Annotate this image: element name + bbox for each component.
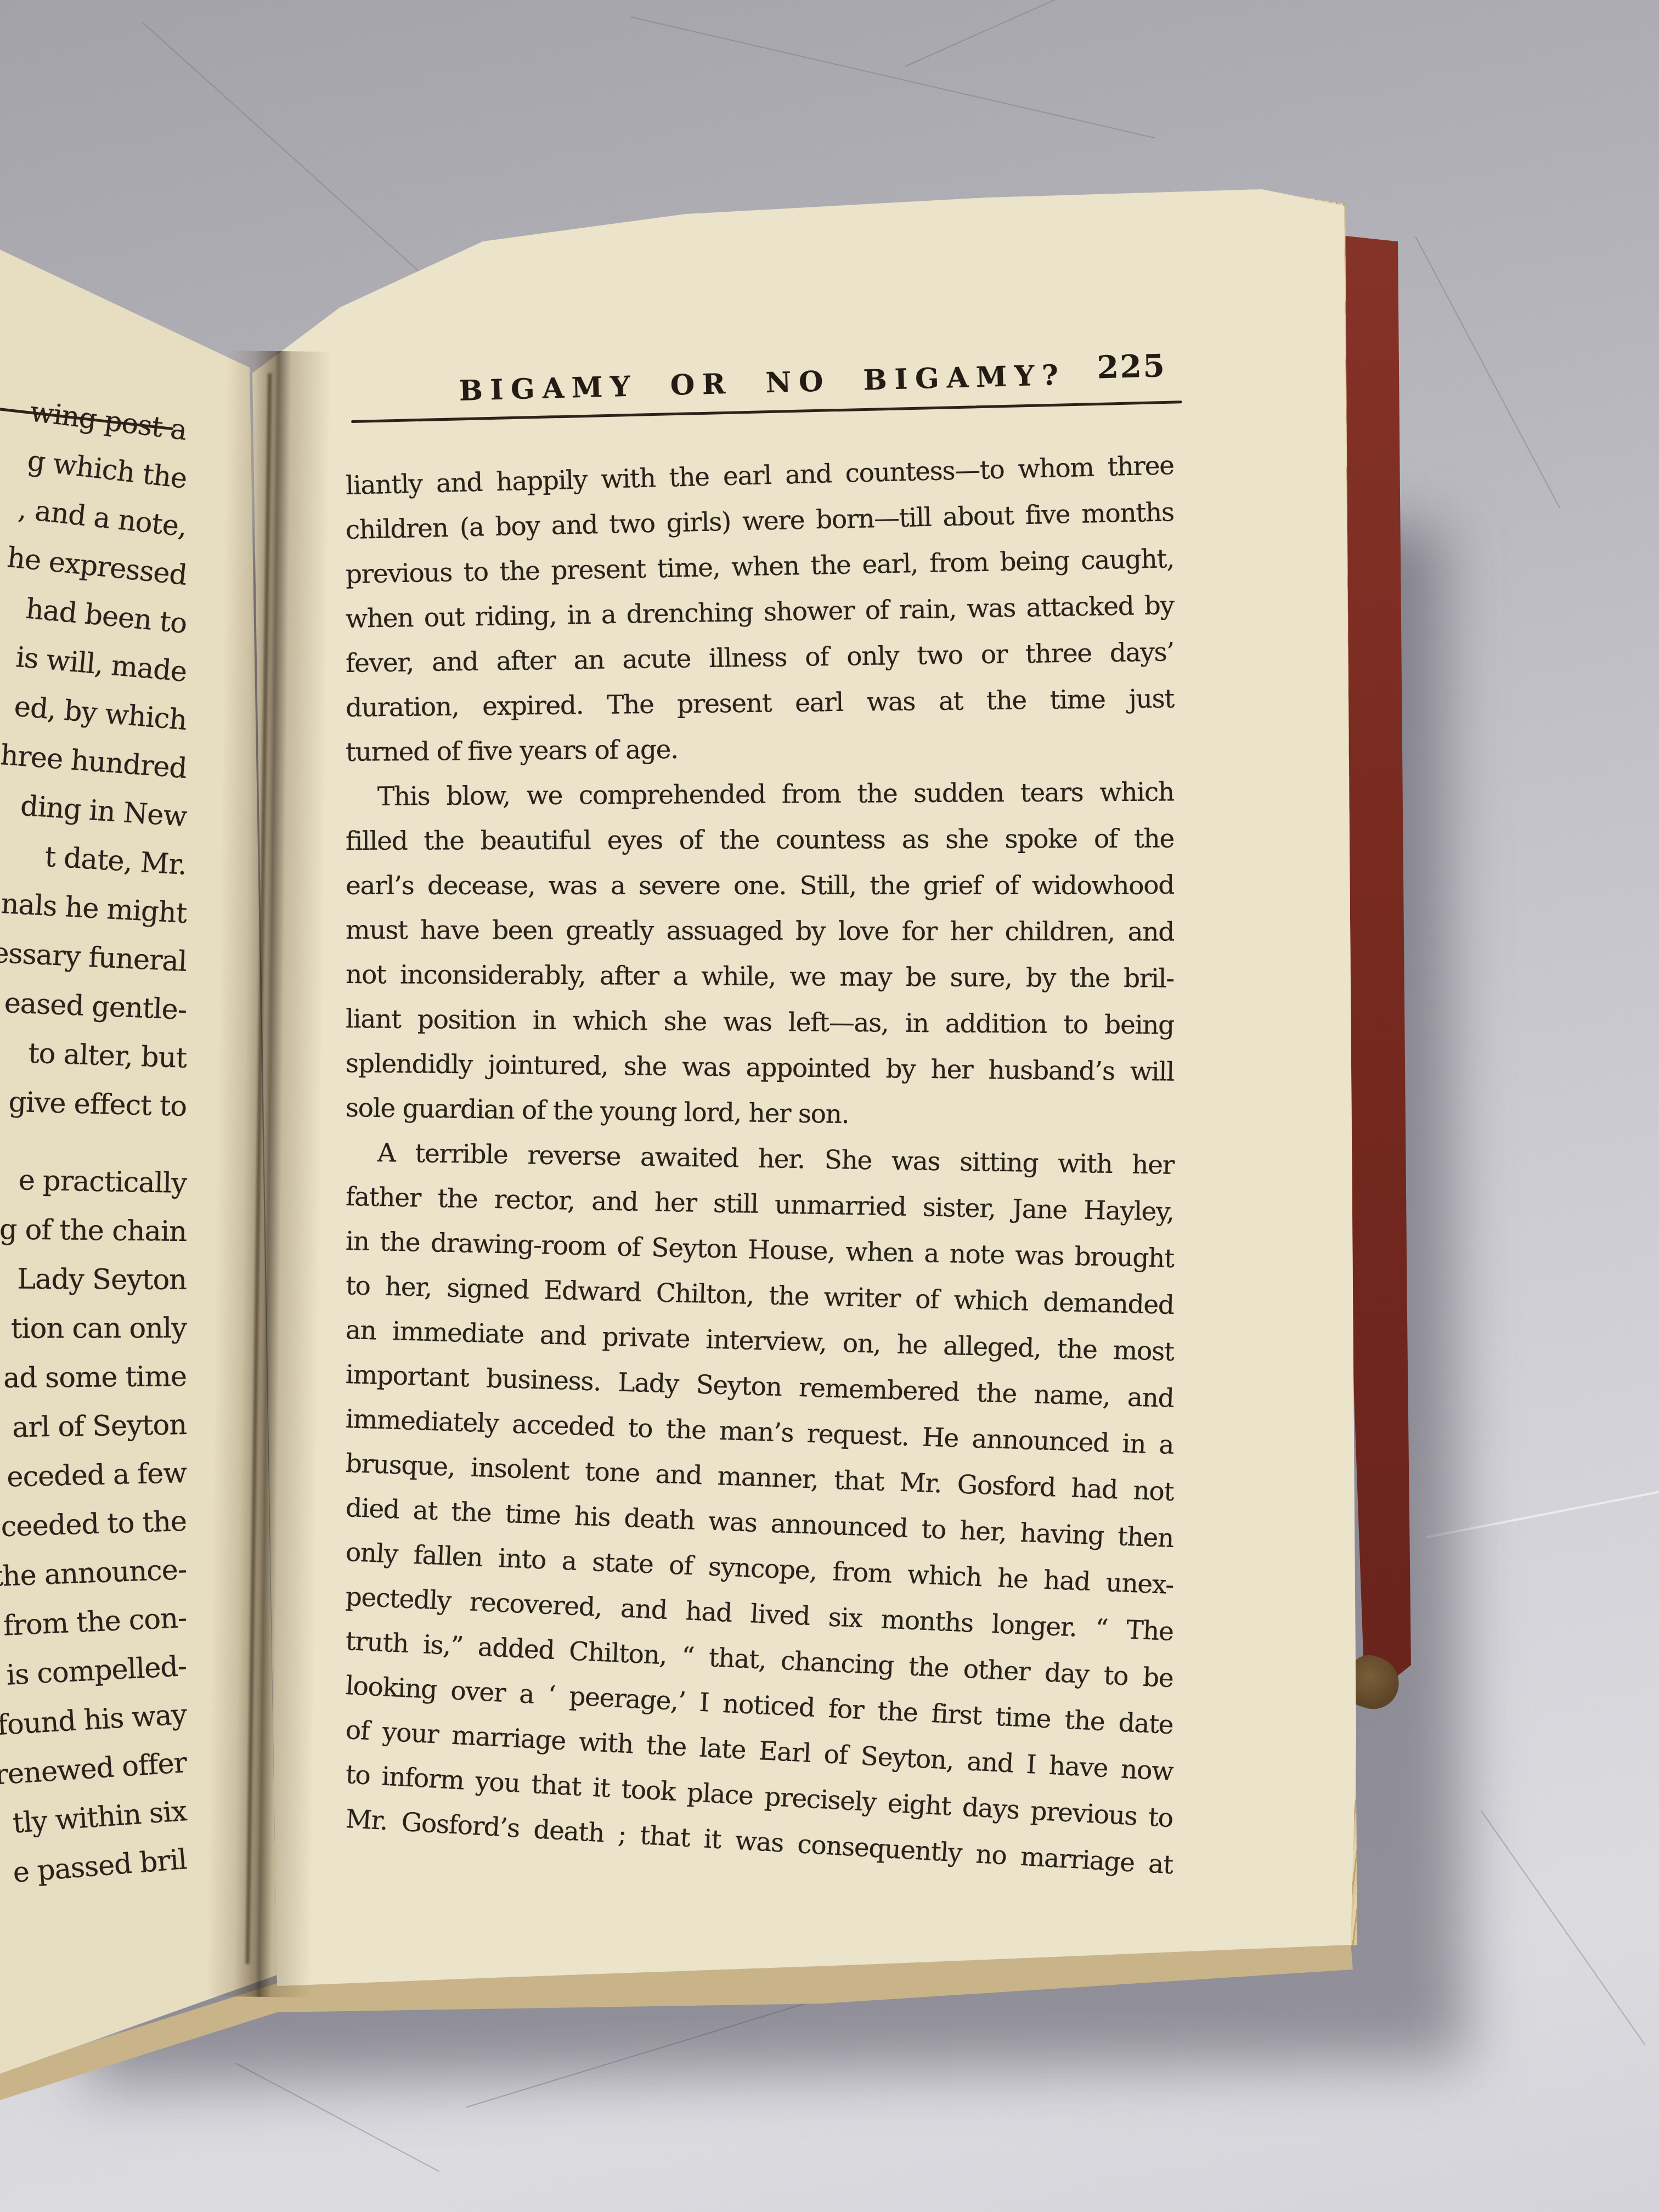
text-line: liant position in which she was left—as,…: [346, 997, 1175, 1048]
gutter-shadow: [207, 351, 331, 1997]
background-scratch: [1481, 1810, 1645, 2045]
text-line: tion can only: [0, 1305, 187, 1355]
background-scratch: [1426, 1477, 1659, 1538]
background-scratch: [631, 16, 1155, 138]
background-scratch: [905, 0, 1216, 67]
text-line: ad some time: [0, 1353, 187, 1407]
left-page-text: wing post ag which the, and a note,he ex…: [0, 407, 187, 1884]
text-line: duration, expired. The present earl was …: [346, 676, 1175, 730]
text-line: earl’s decease, was a severe one. Still,…: [346, 863, 1174, 908]
text-line: splendidly jointured, she was appointed …: [346, 1041, 1175, 1094]
text-line: This blow, we comprehended from the sudd…: [346, 770, 1174, 819]
text-line: turned of five years of age.: [346, 723, 1175, 775]
page-number: 225: [1097, 347, 1167, 386]
text-line: e practically: [0, 1149, 187, 1208]
photo-surface: BIGAMY OR NO BIGAMY? 225 wing post ag wh…: [0, 0, 1659, 2212]
text-line: not inconsiderably, after a while, we ma…: [346, 952, 1174, 1001]
right-page-text: liantly and happily with the earl and co…: [346, 464, 1174, 1841]
text-line: g of the chain: [0, 1201, 187, 1256]
text-line: filled the beautiful eyes of the countes…: [346, 816, 1174, 864]
text-line: Lady Seyton: [0, 1254, 187, 1305]
background-scratch: [142, 22, 453, 302]
text-line: must have been greatly assuaged by love …: [346, 908, 1174, 955]
background-scratch: [1415, 236, 1560, 508]
